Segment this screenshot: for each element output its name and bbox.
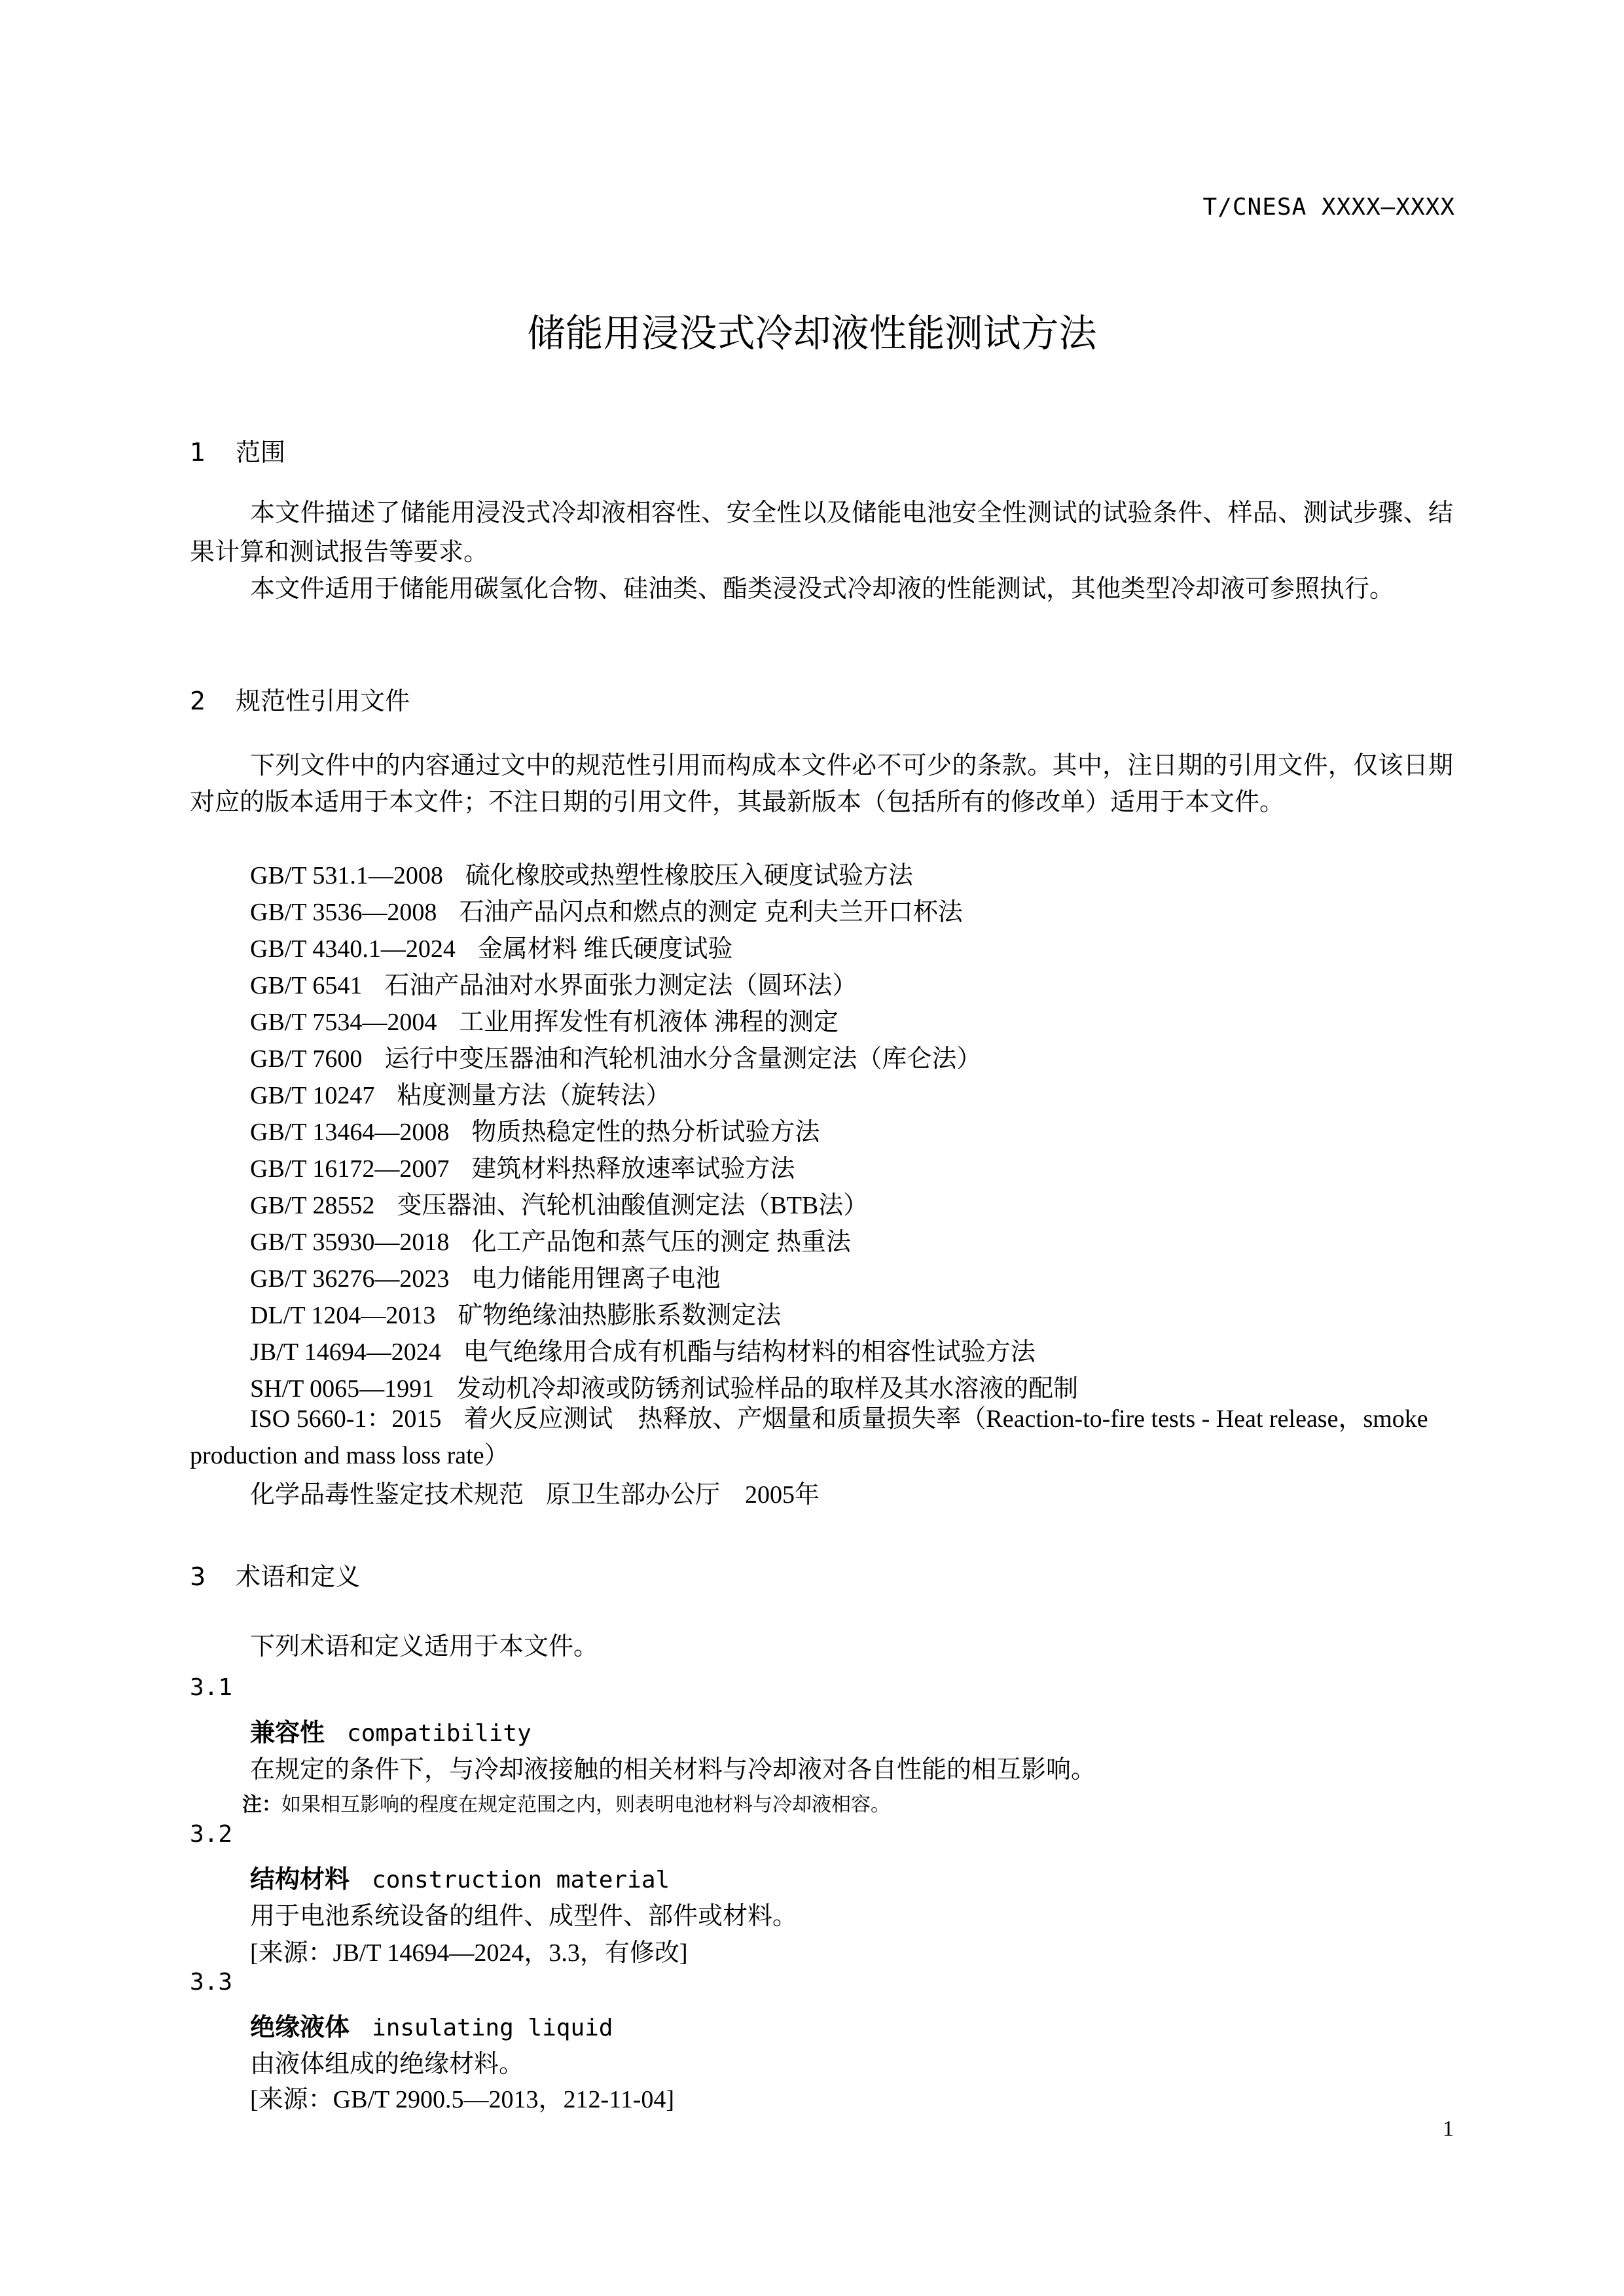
scope-paragraph-1: 本文件描述了储能用浸没式冷却液相容性、安全性以及储能电池安全性测试的试验条件、样…: [190, 493, 1453, 572]
reference-item: GB/T 36276—2023电力储能用锂离子电池: [250, 1258, 720, 1294]
reference-item: GB/T 531.1—2008硫化橡胶或热塑性橡胶压入硬度试验方法: [250, 855, 913, 891]
term-definition: 由液体组成的绝缘材料。: [250, 2043, 524, 2079]
section-title: 规范性引用文件: [236, 687, 410, 715]
reference-item: ISO 5660-1：2015着火反应测试 热释放、产烟量和质量损失率（Reac…: [190, 1401, 1456, 1474]
term-source: [来源：JB/T 14694—2024，3.3，有修改]: [250, 1932, 688, 1968]
reference-item: GB/T 6541石油产品油对水界面张力测定法（圆环法）: [250, 965, 857, 1001]
term-en: insulating liquid: [372, 2015, 613, 2041]
section-heading-3: 3术语和定义: [190, 1556, 360, 1592]
term-definition: 在规定的条件下，与冷却液接触的相关材料与冷却液对各自性能的相互影响。: [250, 1749, 1096, 1785]
terms-intro: 下列术语和定义适用于本文件。: [250, 1626, 598, 1662]
term-title: 兼容性compatibility: [250, 1712, 532, 1748]
reference-item: DL/T 1204—2013矿物绝缘油热膨胀系数测定法: [250, 1295, 781, 1331]
reference-item: JB/T 14694—2024电气绝缘用合成有机酯与结构材料的相容性试验方法: [250, 1331, 1036, 1367]
term-number: 3.1: [190, 1674, 232, 1701]
term-zh: 绝缘液体: [250, 2013, 350, 2041]
standard-code: T/CNESA XXXX—XXXX: [1203, 194, 1455, 221]
reference-item: GB/T 4340.1—2024金属材料 维氏硬度试验: [250, 928, 732, 964]
reference-item: GB/T 7534—2004工业用挥发性有机液体 沸程的测定: [250, 1001, 839, 1037]
page-number: 1: [1443, 2117, 1454, 2142]
section-heading-2: 2规范性引用文件: [190, 681, 410, 717]
reference-item: GB/T 16172—2007建筑材料热释放速率试验方法: [250, 1148, 795, 1184]
term-title: 绝缘液体insulating liquid: [250, 2007, 613, 2043]
term-en: construction material: [372, 1867, 670, 1893]
section-title: 术语和定义: [236, 1562, 360, 1591]
document-title: 储能用浸没式冷却液性能测试方法: [0, 302, 1624, 357]
section-number: 2: [190, 687, 236, 715]
term-title: 结构材料construction material: [250, 1859, 670, 1895]
reference-item: GB/T 28552变压器油、汽轮机油酸值测定法（BTB法）: [250, 1185, 868, 1221]
reference-item: GB/T 3536—2008石油产品闪点和燃点的测定 克利夫兰开口杯法: [250, 891, 963, 927]
section-number: 3: [190, 1562, 236, 1591]
term-zh: 结构材料: [250, 1865, 350, 1893]
term-definition: 用于电池系统设备的组件、成型件、部件或材料。: [250, 1895, 797, 1931]
term-source: [来源：GB/T 2900.5—2013，212-11-04]: [250, 2079, 674, 2115]
term-zh: 兼容性: [250, 1718, 325, 1747]
term-note: 注：如果相互影响的程度在规定范围之内，则表明电池材料与冷却液相容。: [242, 1788, 890, 1817]
reference-item: GB/T 13464—2008物质热稳定性的热分析试验方法: [250, 1111, 820, 1147]
section-title: 范围: [236, 438, 285, 467]
section-number: 1: [190, 438, 236, 467]
reference-item: GB/T 7600运行中变压器油和汽轮机油水分含量测定法（库仑法）: [250, 1038, 981, 1074]
normative-intro-paragraph: 下列文件中的内容通过文中的规范性引用而构成本文件必不可少的条款。其中，注日期的引…: [190, 747, 1453, 821]
document-page: T/CNESA XXXX—XXXX 储能用浸没式冷却液性能测试方法 1范围 本文…: [0, 0, 1624, 2296]
scope-paragraph-2: 本文件适用于储能用碳氢化合物、硅油类、酯类浸没式冷却液的性能测试，其他类型冷却液…: [190, 569, 1453, 609]
reference-item: GB/T 35930—2018化工产品饱和蒸气压的测定 热重法: [250, 1221, 851, 1257]
term-number: 3.2: [190, 1821, 232, 1848]
term-en: compatibility: [347, 1720, 532, 1747]
reference-item: 化学品毒性鉴定技术规范原卫生部办公厅 2005年: [250, 1474, 820, 1510]
section-heading-1: 1范围: [190, 432, 285, 468]
term-number: 3.3: [190, 1969, 232, 1996]
reference-item: GB/T 10247粘度测量方法（旋转法）: [250, 1075, 670, 1111]
reference-item: SH/T 0065—1991发动机冷却液或防锈剂试验样品的取样及其水溶液的配制: [250, 1368, 1078, 1404]
